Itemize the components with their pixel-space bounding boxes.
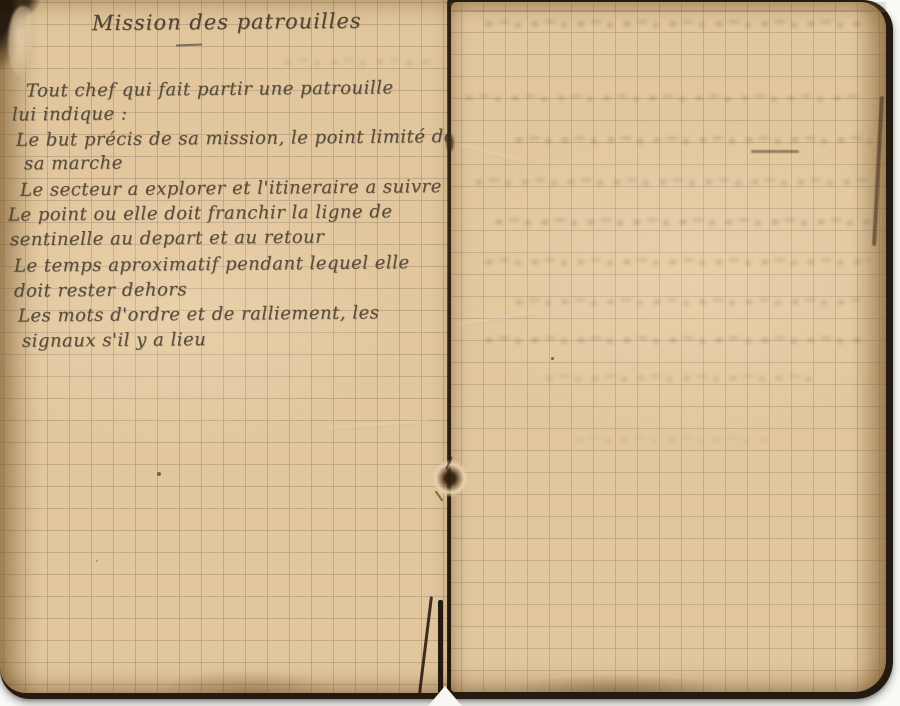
ink-bleedthrough-row — [471, 174, 871, 189]
handwriting-line: lui indique : — [12, 104, 128, 126]
paper-crease — [460, 145, 519, 162]
handwriting-line: signaux s'il y a lieu — [22, 330, 207, 352]
spine-tear — [438, 600, 443, 695]
paper-crease — [330, 421, 430, 431]
ink-bleedthrough-row — [280, 54, 430, 69]
ink-bleedthrough-row — [481, 332, 861, 347]
ink-bleedthrough-row — [461, 90, 861, 105]
ink-bleedthrough-row — [481, 16, 861, 31]
title-underline — [176, 44, 202, 47]
handwriting-line: sa marche — [24, 154, 123, 176]
handwriting-line: doit rester dehors — [14, 280, 187, 302]
handwriting-line: Le temps aproximatif pendant lequel elle — [14, 253, 410, 277]
ink-speck — [157, 472, 161, 476]
spine-crack — [447, 0, 451, 697]
handwriting-line: Tout chef qui fait partir une patrouille — [26, 78, 394, 102]
ink-bleedthrough-row — [571, 432, 771, 447]
handwriting-line: Les mots d'ordre et de ralliement, les — [18, 303, 380, 327]
notebook-scan: Mission des patrouilles Tout chef qui fa… — [0, 0, 900, 706]
right-page — [451, 2, 886, 692]
stitch-knot — [432, 460, 468, 500]
worn-corner-fold — [8, 6, 34, 76]
handwriting-line: Le secteur a explorer et l'itineraire a … — [20, 177, 442, 201]
paper-crease — [457, 312, 536, 327]
ink-bleedthrough-row — [511, 132, 871, 147]
ink-speck — [96, 560, 98, 562]
ink-bleedthrough-row — [491, 214, 871, 229]
handwriting-line: sentinelle au depart et au retour — [10, 228, 324, 251]
ink-bleedthrough-row — [541, 370, 821, 385]
bleedthrough-underline — [751, 150, 799, 153]
stitch-thread — [442, 126, 458, 160]
ink-bleedthrough-row — [511, 294, 861, 309]
handwriting-line: Le but précis de sa mission, le point li… — [16, 127, 455, 152]
ink-speck — [551, 357, 554, 360]
handwriting-line: Le point ou elle doit franchir la ligne … — [8, 202, 393, 226]
ink-bleedthrough-row — [481, 254, 871, 269]
left-page: Mission des patrouilles Tout chef qui fa… — [0, 0, 448, 693]
page-title: Mission des patrouilles — [92, 9, 362, 35]
